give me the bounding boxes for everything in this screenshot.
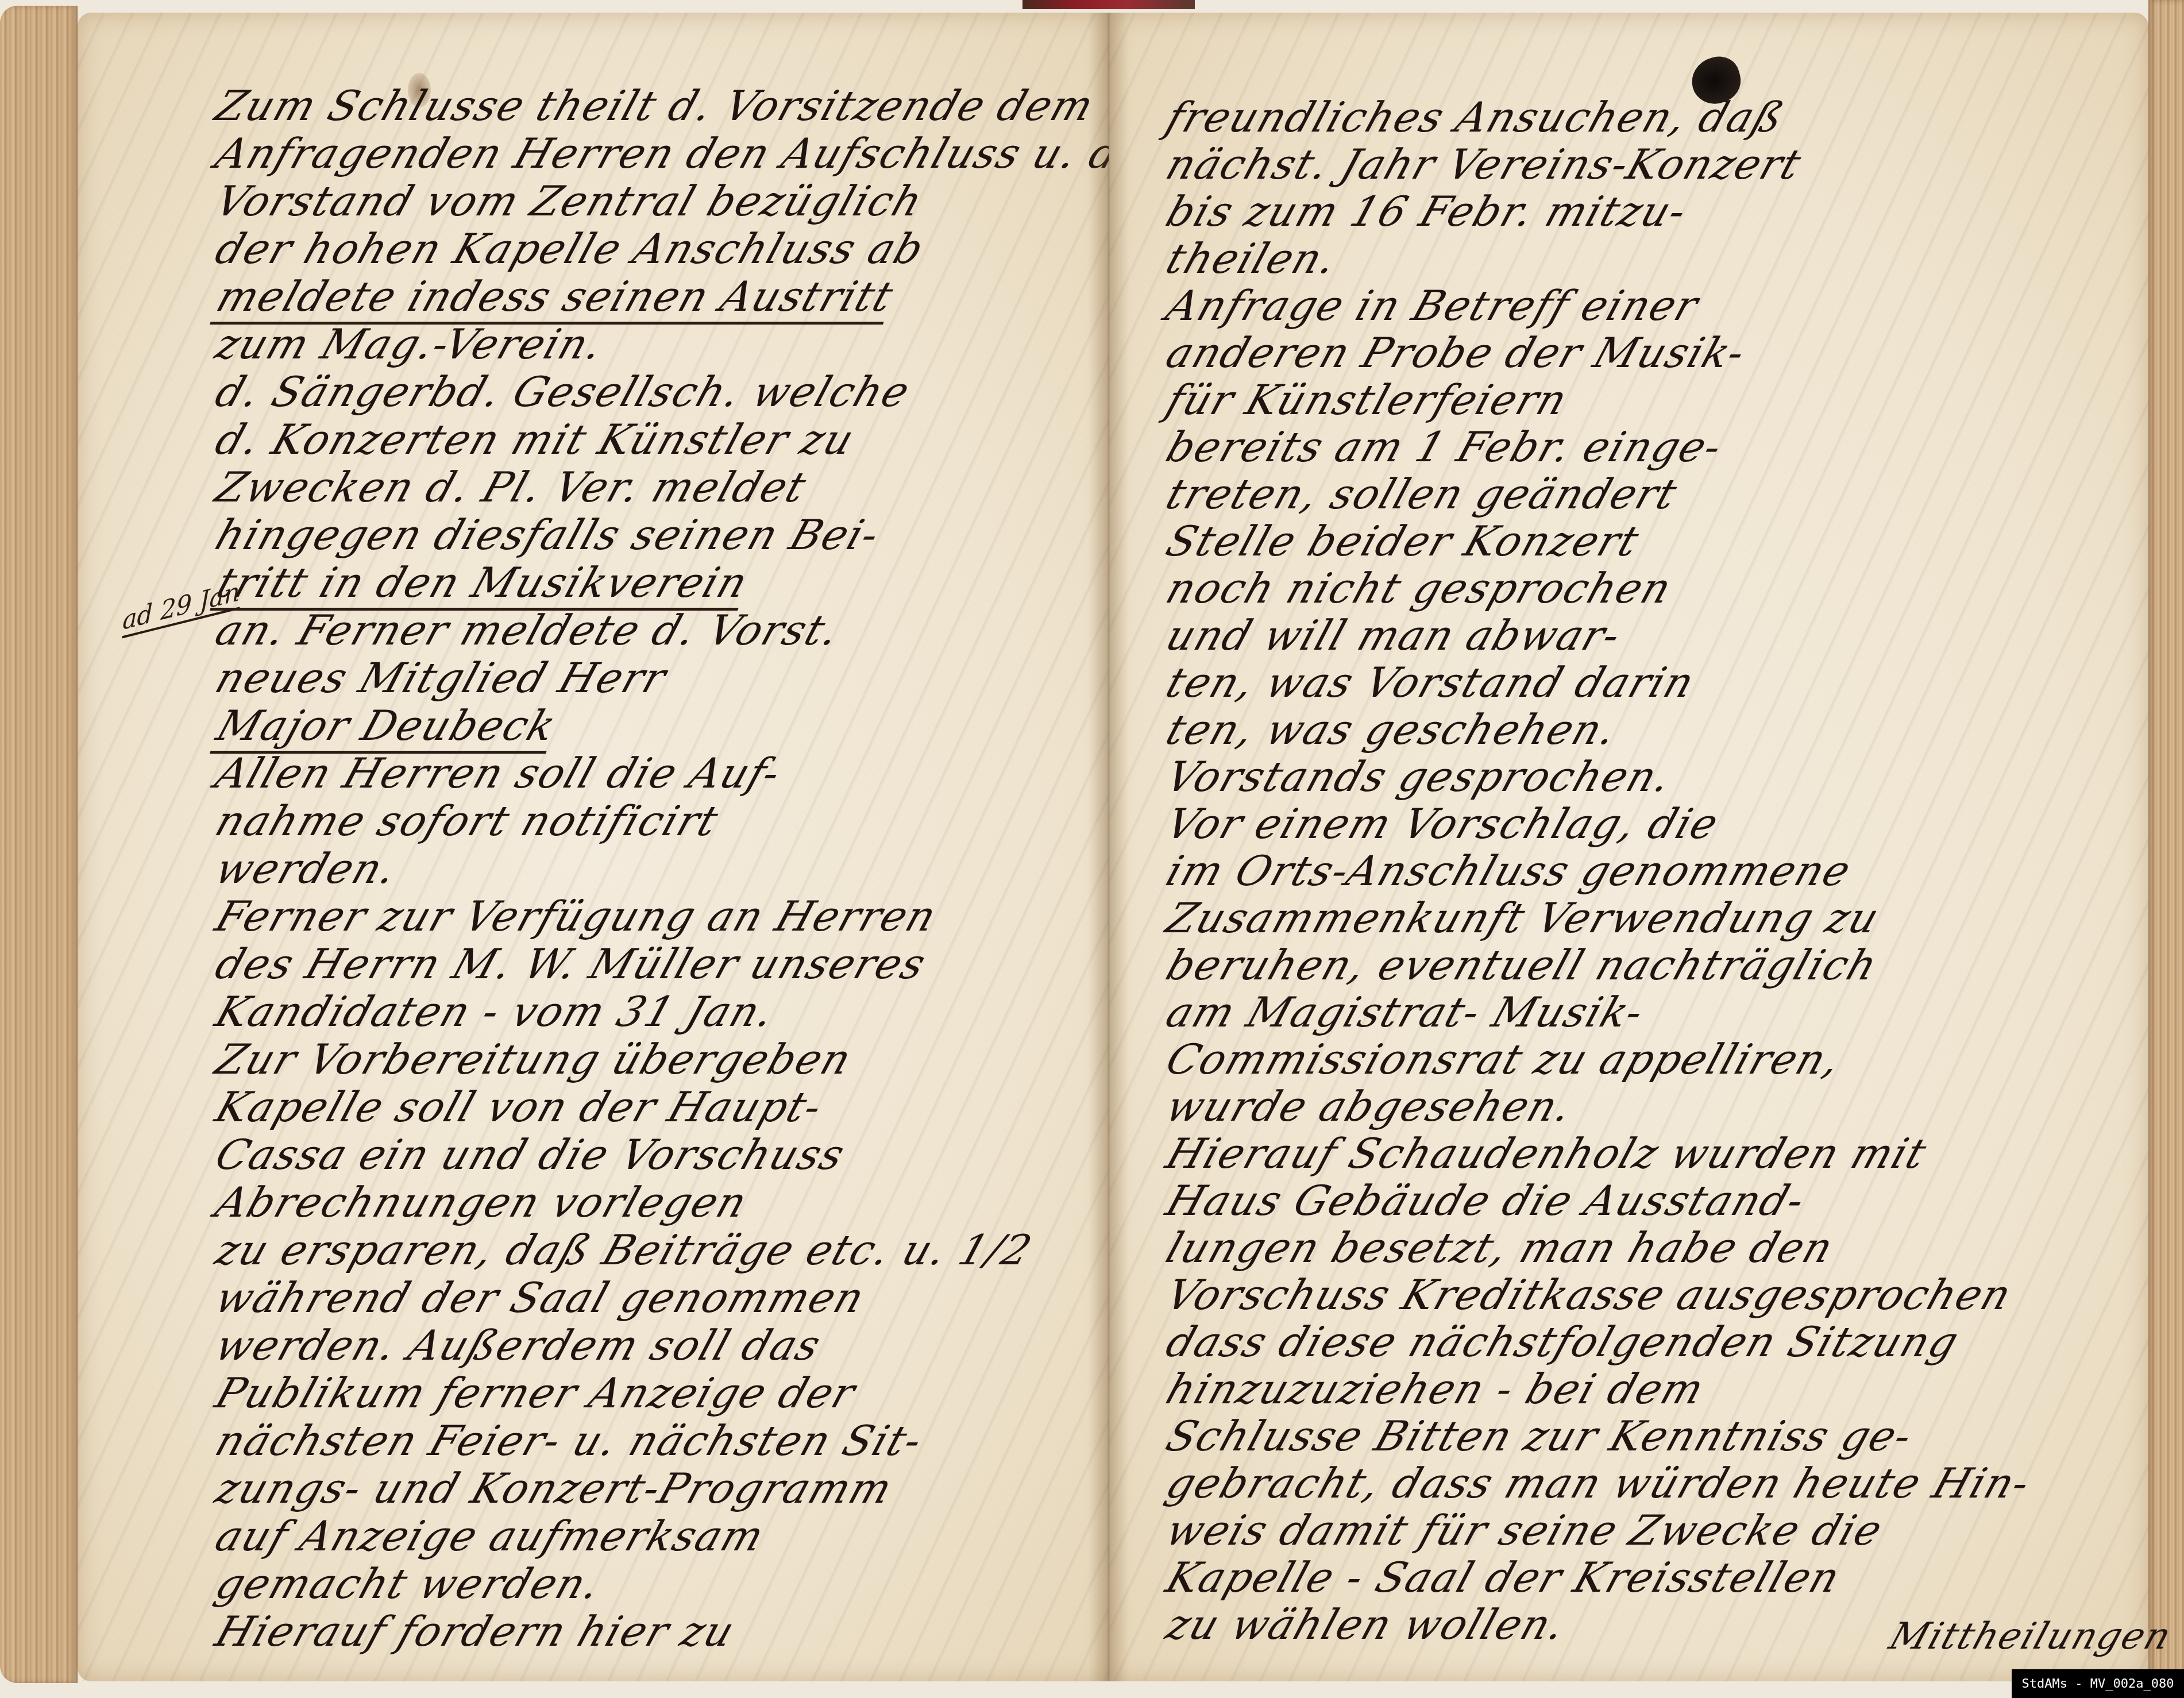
handwritten-line: Abrechnungen vorlegen <box>210 1178 754 1226</box>
handwritten-line: neues Mitglied Herr <box>210 654 673 702</box>
handwritten-line: Ferner zur Verfügung an Herren <box>210 892 943 940</box>
right-page-text: freundliches Ansuchen, daßnächst. Jahr V… <box>1109 13 2148 1681</box>
book-cover-top <box>1022 0 1195 9</box>
handwritten-line: lungen besetzt, man habe den <box>1160 1224 1840 1272</box>
handwritten-line: weis damit für seine Zwecke die <box>1160 1506 1889 1554</box>
handwritten-line: auf Anzeige aufmerksam <box>210 1512 771 1560</box>
handwritten-line: Commissionsrat zu appelliren, <box>1160 1035 1847 1083</box>
handwritten-line: anderen Probe der Musik- <box>1160 329 1752 377</box>
handwritten-line: theilen. <box>1160 234 1344 283</box>
handwritten-line: ten, was Vorstand darin <box>1160 658 1701 707</box>
handwritten-line: Zur Vorbereitung übergeben <box>210 1035 858 1083</box>
handwritten-line: für Künstlerfeiern <box>1160 376 1574 424</box>
right-page: freundliches Ansuchen, daßnächst. Jahr V… <box>1109 13 2148 1681</box>
handwritten-line: noch nicht gesprochen <box>1160 564 1678 612</box>
handwritten-line: Schlusse Bitten zur Kenntniss ge- <box>1160 1412 1919 1460</box>
handwritten-line: Vorstands gesprochen. <box>1160 752 1678 801</box>
handwritten-line: Anfragenden Herren den Aufschluss u. den <box>210 129 1180 177</box>
handwritten-line: freundliches Ansuchen, daß <box>1160 93 1791 141</box>
handwritten-line: nahme sofort notificirt <box>210 797 725 845</box>
handwritten-line: treten, sollen geändert <box>1160 470 1684 518</box>
handwritten-line: Major Deubeck <box>210 701 563 754</box>
handwritten-line: Allen Herren soll die Auf- <box>210 749 788 797</box>
handwritten-line: während der Saal genommen <box>210 1273 871 1322</box>
handwritten-line: dass diese nächstfolgenden Sitzung <box>1160 1318 1965 1366</box>
handwritten-line: Kandidaten - vom 31 Jan. <box>210 987 781 1036</box>
handwritten-line: an. Ferner meldete d. Vorst. <box>210 606 847 654</box>
handwritten-line: Vorschuss Kreditkasse ausgesprochen <box>1160 1271 2018 1319</box>
handwritten-line: hinzuzuziehen - bei dem <box>1160 1365 1711 1413</box>
handwritten-line: nächsten Feier- u. nächsten Sit- <box>210 1417 929 1465</box>
handwritten-line: bis zum 16 Febr. mitzu- <box>1160 187 1693 236</box>
left-page-text: Zum Schlusse theilt d. Vorsitzende demAn… <box>78 13 1109 1681</box>
catchword: Mittheilungen <box>1884 1615 2177 1658</box>
handwritten-line: zum Mag.-Verein. <box>210 320 610 368</box>
handwritten-line: und will man abwar- <box>1160 611 1627 659</box>
handwritten-line: Vorstand vom Zentral bezüglich <box>210 177 929 225</box>
handwritten-line: gebracht, dass man würden heute Hin- <box>1160 1459 2037 1507</box>
handwritten-line: Stelle beider Konzert <box>1160 517 1646 565</box>
handwritten-line: hingegen diesfalls seinen Bei- <box>210 511 886 559</box>
archive-caption: StdAMs - MV_002a_080 <box>2012 1669 2184 1698</box>
book-gutter <box>1089 13 1129 1681</box>
handwritten-line: tritt in den Musikverein <box>210 558 754 611</box>
handwritten-line: beruhen, eventuell nachträglich <box>1160 941 1884 989</box>
handwritten-line: ten, was geschehen. <box>1160 705 1624 754</box>
handwritten-line: Haus Gebäude die Ausstand- <box>1160 1176 1812 1225</box>
handwritten-line: d. Konzerten mit Künstler zu <box>210 415 861 464</box>
handwritten-line: im Orts-Anschluss genommene <box>1160 847 1858 895</box>
handwritten-line: Zusammenkunft Verwendung zu <box>1160 894 1886 942</box>
handwritten-line: zu wählen wollen. <box>1160 1600 1572 1649</box>
handwritten-line: werden. <box>210 844 404 893</box>
handwritten-line: gemacht werden. <box>210 1560 607 1608</box>
handwritten-line: Cassa ein und die Vorschuss <box>210 1130 851 1179</box>
left-page: Zum Schlusse theilt d. Vorsitzende demAn… <box>78 13 1109 1681</box>
handwritten-line: der hohen Kapelle Anschluss ab <box>210 225 931 273</box>
handwritten-line: zungs- und Konzert-Programm <box>210 1464 899 1512</box>
handwritten-line: zu ersparen, daß Beiträge etc. u. 1/2 <box>210 1226 1039 1274</box>
handwritten-line: d. Sängerbd. Gesellsch. welche <box>210 368 917 416</box>
handwritten-line: am Magistrat- Musik- <box>1160 988 1650 1036</box>
handwritten-line: Kapelle - Saal der Kreisstellen <box>1160 1553 1847 1601</box>
page-edges-right <box>2148 0 2184 1698</box>
handwritten-line: Vor einem Vorschlag, die <box>1160 800 1725 848</box>
handwritten-line: des Herrn M. W. Müller unseres <box>210 940 932 988</box>
handwritten-line: Zum Schlusse theilt d. Vorsitzende dem <box>210 82 1101 130</box>
handwritten-line: wurde abgesehen. <box>1160 1082 1579 1130</box>
handwritten-line: bereits am 1 Febr. einge- <box>1160 423 1729 471</box>
page-edges-left <box>0 6 78 1683</box>
handwritten-line: Publikum ferner Anzeige der <box>210 1369 862 1417</box>
handwritten-line: Zwecken d. Pl. Ver. meldet <box>210 463 813 511</box>
handwritten-line: nächst. Jahr Vereins-Konzert <box>1160 140 1808 188</box>
handwritten-line: werden. Außerdem soll das <box>210 1321 827 1369</box>
handwritten-line: Anfrage in Betreff einer <box>1160 281 1705 330</box>
open-book: Zum Schlusse theilt d. Vorsitzende demAn… <box>0 0 2184 1698</box>
handwritten-line: meldete indess seinen Austritt <box>210 272 900 325</box>
handwritten-line: Hierauf Schaudenholz wurden mit <box>1160 1129 1934 1178</box>
handwritten-line: Hierauf fordern hier zu <box>210 1607 741 1655</box>
archive-reference-label: StdAMs - MV_002a_080 <box>2022 1677 2174 1691</box>
handwritten-line: Kapelle soll von der Haupt- <box>210 1083 829 1131</box>
